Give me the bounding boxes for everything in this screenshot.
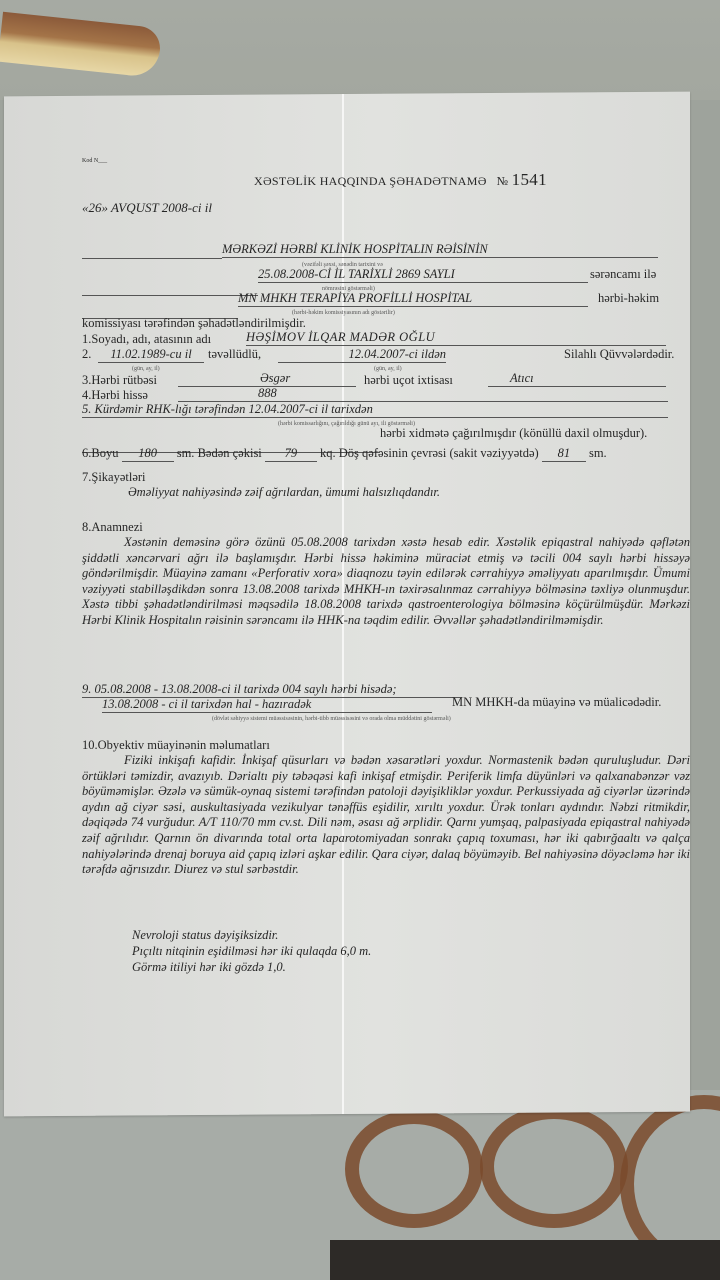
rank-label: 3.Hərbi rütbəsi bbox=[82, 373, 157, 388]
specialty-value: Atıcı bbox=[488, 371, 666, 387]
document-title: XƏSTƏLİK HAQQINDA ŞƏHADƏTNAMƏ № 1541 bbox=[254, 172, 547, 189]
tablecloth-pattern bbox=[480, 1105, 628, 1228]
chest-label: kq. Döş qəfəsinin çevrəsi (sakit vəziyyə… bbox=[320, 446, 539, 460]
field-name-label: 1.Soyadı, adı, atasının adı bbox=[82, 332, 211, 347]
issuer-line: MƏRKƏZİ HƏRBİ KLİNİK HOSPİTALIN RƏİSİNİN bbox=[222, 242, 658, 258]
rank-value: Əsgər bbox=[178, 371, 356, 387]
field-name-value: HƏŞİMOV İLQAR MADƏR OĞLU bbox=[246, 330, 666, 346]
certificate-number: 1541 bbox=[512, 170, 547, 189]
weight-label: Bədən çəkisi bbox=[198, 446, 262, 460]
armed-forces-text: Silahlı Qüvvələrdədir. bbox=[564, 347, 674, 362]
order-suffix: sərəncamı ilə bbox=[590, 267, 656, 282]
service-since: 12.04.2007-ci ildən bbox=[278, 347, 446, 363]
birth-date: 11.02.1989-cu il bbox=[98, 347, 204, 363]
height-label: 6.Boyu bbox=[82, 446, 118, 460]
conscription-line: 5. Kürdəmir RHK-lığı tərəfindən 12.04.20… bbox=[82, 402, 668, 418]
chest-value: 81 bbox=[542, 446, 586, 462]
chest-unit: sm. bbox=[589, 446, 607, 460]
anamnesis-text: Xəstənin deməsinə görə özünü 05.08.2008 … bbox=[82, 535, 690, 629]
height-unit: sm. bbox=[177, 446, 195, 460]
unit-label: 4.Hərbi hissə bbox=[82, 388, 148, 403]
blank-line bbox=[82, 244, 222, 259]
caption-commission: (hərbi-həkim komissiyasının adı göstəril… bbox=[292, 306, 395, 321]
complaints-heading: 7.Şikayətləri bbox=[82, 470, 146, 485]
measurements-line: 6.Boyu 180 sm. Bədən çəkisi 79 kq. Döş q… bbox=[82, 446, 607, 462]
objective-text: Fiziki inkişafı kafidir. İnkişaf qüsurla… bbox=[82, 753, 690, 878]
vision-status: Görmə itiliyi hər iki gözdə 1,0. bbox=[132, 960, 286, 975]
anamnesis-heading: 8.Anamnezi bbox=[82, 520, 143, 535]
section9-line1: 9. 05.08.2008 - 13.08.2008-ci il tarixdə… bbox=[82, 682, 462, 698]
objective-heading: 10.Obyektiv müayinənin məlumatları bbox=[82, 738, 270, 753]
height-value: 180 bbox=[122, 446, 174, 462]
certified-text: komissiyası tərəfindən şəhadətləndirilmi… bbox=[82, 316, 306, 331]
complaints-text: Əməliyyat nahiyəsində zəif ağrılardan, ü… bbox=[128, 485, 440, 500]
field-2-prefix: 2. bbox=[82, 347, 91, 362]
background-shadow bbox=[330, 1240, 720, 1280]
unit-value: 888 bbox=[178, 386, 668, 402]
born-label: təvəllüdlü, bbox=[208, 347, 261, 362]
weight-value: 79 bbox=[265, 446, 317, 462]
section9-suffix: MN MHKH-da müayinə və müalicədədir. bbox=[452, 695, 661, 710]
document-date: «26» AVQUST 2008-ci il bbox=[82, 200, 212, 215]
title-text: XƏSTƏLİK HAQQINDA ŞƏHADƏTNAMƏ bbox=[254, 174, 487, 188]
hearing-status: Pıçıltı nitqinin eşidilməsi hər iki qula… bbox=[132, 944, 371, 959]
kod-number: Kod N___ bbox=[82, 154, 107, 169]
tablecloth-pattern bbox=[345, 1110, 483, 1228]
number-label: № bbox=[497, 174, 509, 188]
commission-line: MN MHKH TERAPİYA PROFİLLİ HOSPİTAL bbox=[238, 291, 588, 307]
blank-line bbox=[82, 281, 258, 296]
neuro-status: Nevroloji status dəyişiksizdir. bbox=[132, 928, 278, 943]
commission-suffix: hərbi-həkim bbox=[598, 291, 659, 306]
conscription-suffix: hərbi xidmətə çağırılmışdır (könüllü dax… bbox=[380, 426, 647, 441]
section9-caption: (dövlət səhiyyə sistemi müəssisəsinin, h… bbox=[212, 712, 451, 727]
section9-line2: 13.08.2008 - ci il tarixdən hal - hazıra… bbox=[102, 697, 432, 713]
order-line: 25.08.2008-Cİ İL TARİXLİ 2869 SAYLI bbox=[258, 267, 588, 283]
